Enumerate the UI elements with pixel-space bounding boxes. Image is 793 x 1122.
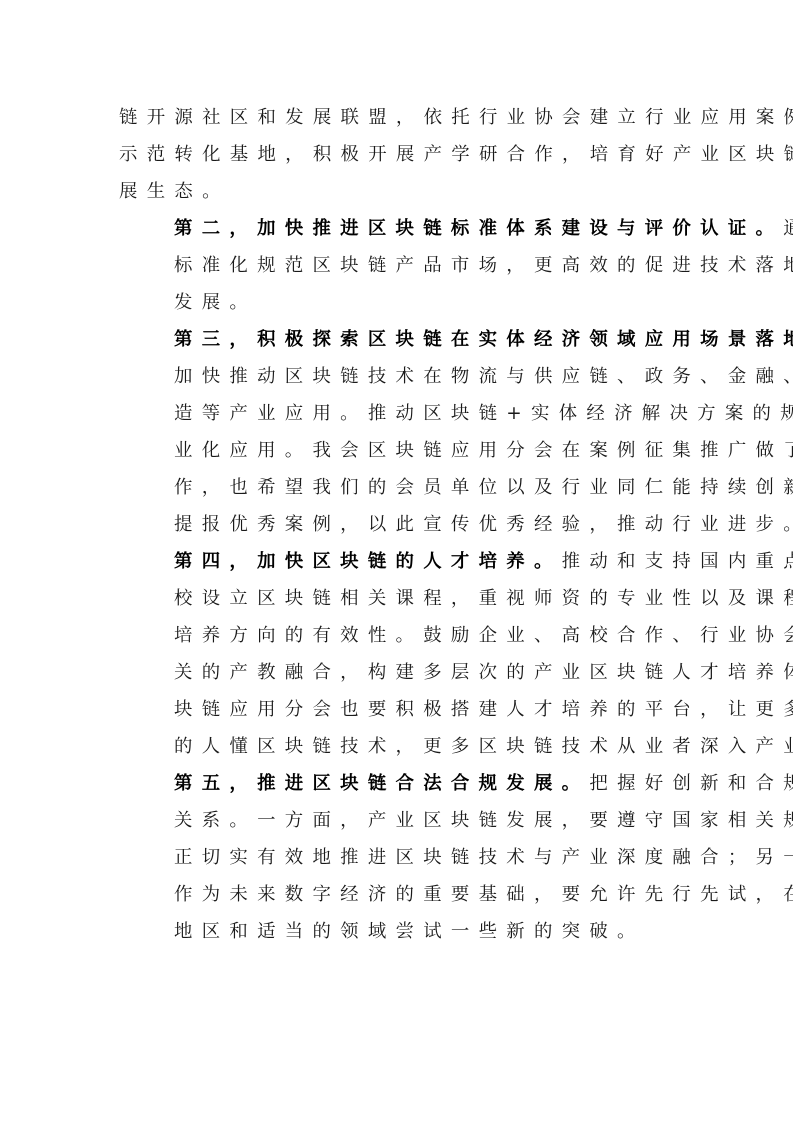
text-run: 通过	[783, 218, 793, 239]
text-line: 链开源社区和发展联盟，依托行业协会建立行业应用案例和	[119, 99, 675, 136]
paragraph-heading: 第二，加快推进区块链标准体系建设与评价认证。	[174, 218, 783, 239]
text-line: 关的产教融合，构建多层次的产业区块链人才培养体系。区	[119, 654, 675, 691]
paragraph-heading: 第三，积极探索区块链在实体经济领域应用场景落地。	[174, 329, 793, 350]
paragraph-ecosystem: 链开源社区和发展联盟，依托行业协会建立行业应用案例和 示范转化基地，积极开展产学…	[119, 99, 675, 210]
text-line: 关系。一方面，产业区块链发展，要遵守国家相关规定，真	[119, 802, 675, 839]
text-line: 加快推动区块链技术在物流与供应链、政务、金融、工业制	[119, 358, 675, 395]
text-line: 第三，积极探索区块链在实体经济领域应用场景落地。	[119, 321, 675, 358]
text-line: 校设立区块链相关课程，重视师资的专业性以及课程研发和	[119, 580, 675, 617]
text-line: 培养方向的有效性。鼓励企业、高校合作、行业协会开展相	[119, 617, 675, 654]
text-line: 提报优秀案例，以此宣传优秀经验，推动行业进步。	[119, 506, 675, 543]
text-run: 推动和支持国内重点高	[562, 551, 793, 572]
text-line: 的人懂区块链技术，更多区块链技术从业者深入产业实践。	[119, 728, 675, 765]
document-page: 链开源社区和发展联盟，依托行业协会建立行业应用案例和 示范转化基地，积极开展产学…	[119, 99, 675, 950]
text-line: 业化应用。我会区块链应用分会在案例征集推广做了大量工	[119, 432, 675, 469]
text-line: 第四，加快区块链的人才培养。推动和支持国内重点高	[119, 543, 675, 580]
text-line: 第五，推进区块链合法合规发展。把握好创新和合规的	[119, 765, 675, 802]
text-line: 示范转化基地，积极开展产学研合作，培育好产业区块链发	[119, 136, 675, 173]
text-line: 造等产业应用。推动区块链+实体经济解决方案的规模化商	[119, 395, 675, 432]
text-run: 把握好创新和合规的	[589, 773, 793, 794]
text-line: 作为未来数字经济的重要基础，要允许先行先试，在适当的	[119, 876, 675, 913]
text-line: 作，也希望我们的会员单位以及行业同仁能持续创新，积极	[119, 469, 675, 506]
paragraph-second-standards: 第二，加快推进区块链标准体系建设与评价认证。通过 标准化规范区块链产品市场，更高…	[119, 210, 675, 321]
text-line: 块链应用分会也要积极搭建人才培养的平台，让更多懂产业	[119, 691, 675, 728]
text-line: 第二，加快推进区块链标准体系建设与评价认证。通过	[119, 210, 675, 247]
paragraph-third-applications: 第三，积极探索区块链在实体经济领域应用场景落地。 加快推动区块链技术在物流与供应…	[119, 321, 675, 543]
paragraph-heading: 第四，加快区块链的人才培养。	[174, 551, 562, 572]
text-line: 发展。	[119, 284, 675, 321]
paragraph-heading: 第五，推进区块链合法合规发展。	[174, 773, 589, 794]
paragraph-fourth-talent: 第四，加快区块链的人才培养。推动和支持国内重点高 校设立区块链相关课程，重视师资…	[119, 543, 675, 765]
text-line: 展生态。	[119, 173, 675, 210]
text-line: 标准化规范区块链产品市场，更高效的促进技术落地和产业	[119, 247, 675, 284]
paragraph-fifth-compliance: 第五，推进区块链合法合规发展。把握好创新和合规的 关系。一方面，产业区块链发展，…	[119, 765, 675, 950]
text-line: 地区和适当的领域尝试一些新的突破。	[119, 913, 675, 950]
text-line: 正切实有效地推进区块链技术与产业深度融合；另一方面，	[119, 839, 675, 876]
